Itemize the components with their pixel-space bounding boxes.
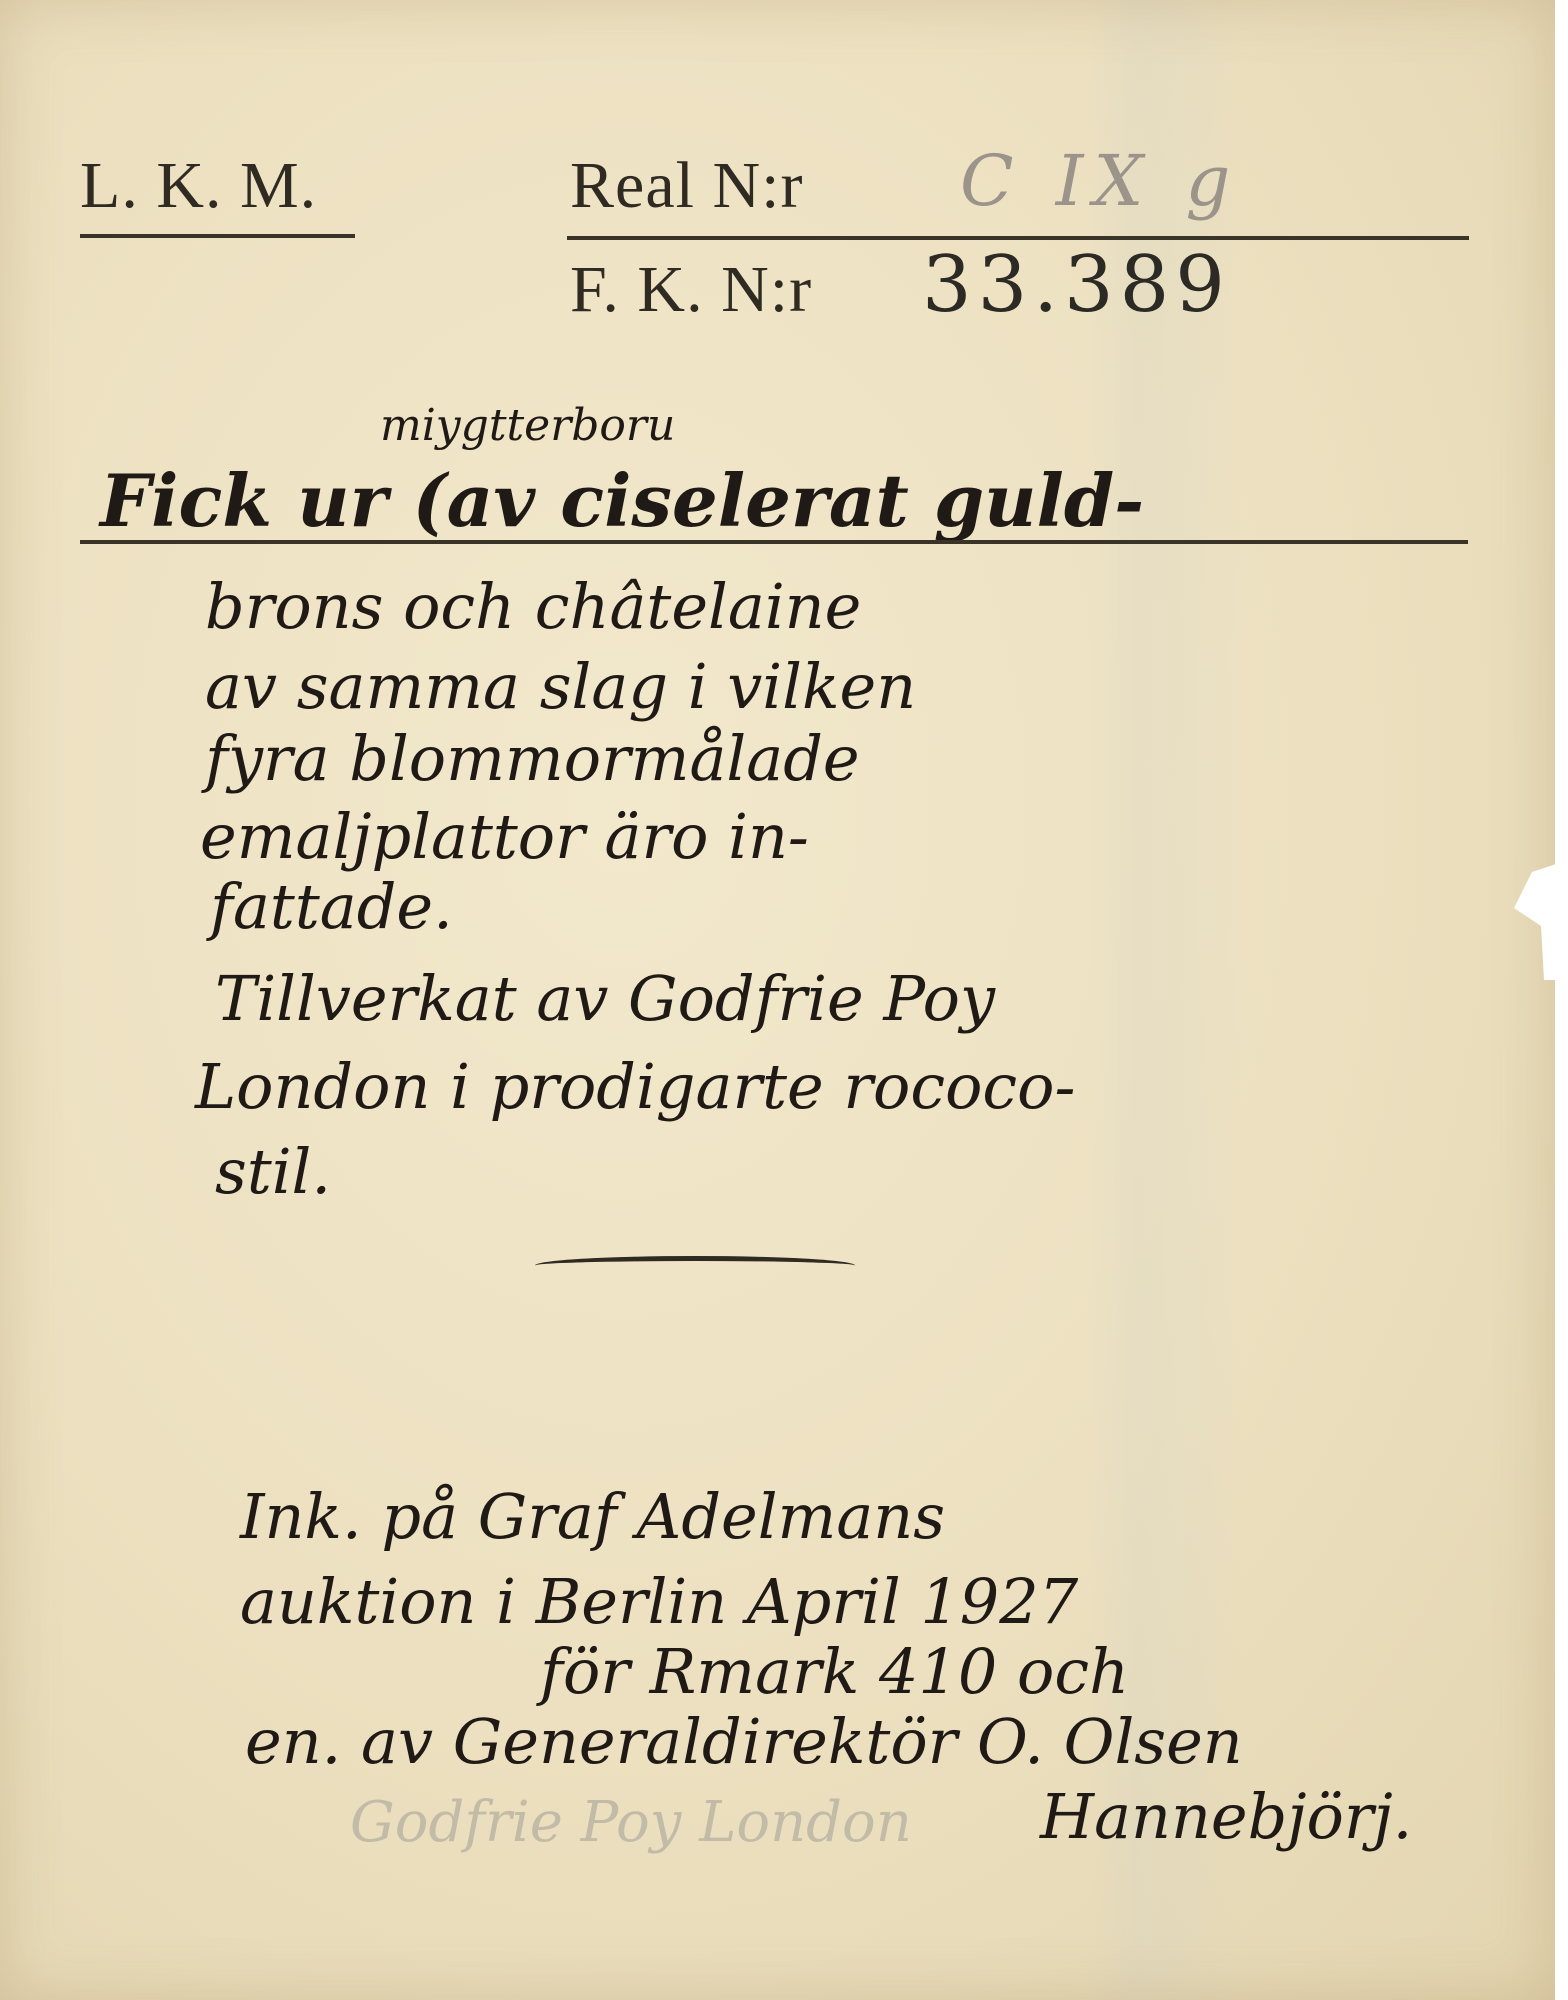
description-line-4: emaljplattor äro in-	[200, 800, 809, 873]
fk-number-value: 33.389	[922, 240, 1231, 330]
description-line-8: stil.	[215, 1135, 331, 1208]
title-insertion: miygtterboru	[380, 400, 675, 451]
description-line-3: fyra blommormålade	[205, 722, 860, 795]
description-line-7: London i prodigarte rococo-	[195, 1050, 1075, 1123]
pencil-note: Godfrie Poy London	[350, 1790, 912, 1855]
description-line-5: fattade.	[210, 870, 453, 943]
institution-underline	[80, 234, 355, 238]
provenance-line-1: Ink. på Graf Adelmans	[240, 1480, 945, 1553]
institution-label: L. K. M.	[80, 148, 317, 224]
title-rule	[80, 540, 1468, 544]
provenance-line-5: Hannebjörj.	[1040, 1780, 1412, 1853]
section-divider	[535, 1256, 855, 1275]
provenance-line-3: för Rmark 410 och	[540, 1635, 1129, 1708]
real-number-value: C IX g	[960, 140, 1240, 222]
object-title: Fick ur (av ciselerat guld-	[100, 458, 1144, 543]
real-number-label: Real N:r	[570, 148, 803, 224]
provenance-line-4: en. av Generaldirektör O. Olsen	[245, 1705, 1243, 1778]
description-line-6: Tillverkat av Godfrie Poy	[215, 962, 995, 1035]
description-line-2: av samma slag i vilken	[205, 650, 916, 723]
description-line-1: brons och châtelaine	[205, 570, 861, 643]
catalog-card: L. K. M. Real N:r C IX g F. K. N:r 33.38…	[0, 0, 1555, 2000]
torn-edge-lower	[1554, 1260, 1568, 1600]
provenance-line-2: auktion i Berlin April 1927	[240, 1565, 1078, 1638]
fk-number-label: F. K. N:r	[570, 252, 812, 328]
